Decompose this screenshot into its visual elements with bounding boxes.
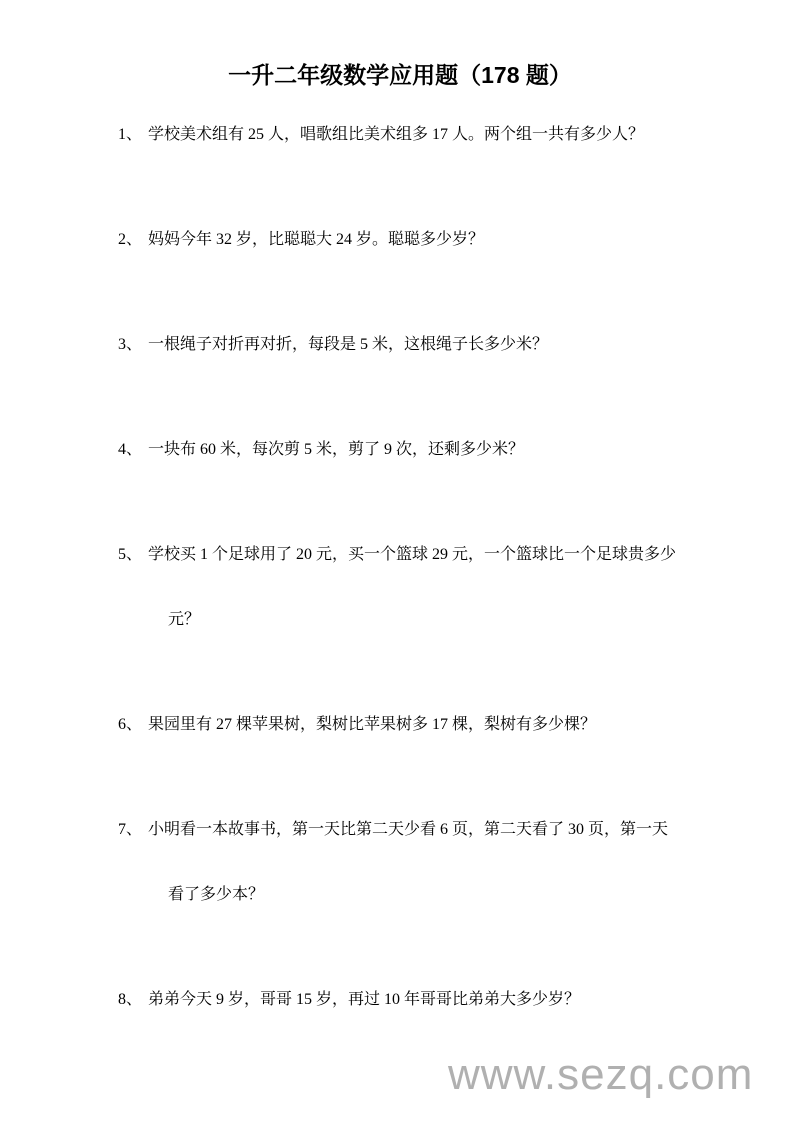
question-text: 果园里有 27 棵苹果树，梨树比苹果树多 17 棵，梨树有多少棵？ [148, 716, 596, 733]
question-text: 一块布 60 米，每次剪 5 米，剪了 9 次，还剩多少米？ [148, 441, 524, 458]
question-line: 4、一块布 60 米，每次剪 5 米，剪了 9 次，还剩多少米？ [0, 438, 800, 462]
question-line: 7、小明看一本故事书，第一天比第二天少看 6 页，第二天看了 30 页，第一天 [0, 818, 800, 842]
question-item: 5、学校买 1 个足球用了 20 元，买一个篮球 29 元，一个篮球比一个足球贵… [0, 543, 800, 632]
question-line: 2、妈妈今年 32 岁，比聪聪大 24 岁。聪聪多少岁？ [0, 228, 800, 252]
question-item: 1、学校美术组有 25 人，唱歌组比美术组多 17 人。两个组一共有多少人？ [0, 123, 800, 147]
question-number: 6、 [118, 713, 148, 737]
question-line: 3、一根绳子对折再对折，每段是 5 米，这根绳子长多少米？ [0, 333, 800, 357]
question-line: 5、学校买 1 个足球用了 20 元，买一个篮球 29 元，一个篮球比一个足球贵… [0, 543, 800, 567]
watermark: www.sezq.com [448, 1051, 753, 1099]
question-item: 3、一根绳子对折再对折，每段是 5 米，这根绳子长多少米？ [0, 333, 800, 357]
question-line: 1、学校美术组有 25 人，唱歌组比美术组多 17 人。两个组一共有多少人？ [0, 123, 800, 147]
question-text: 学校买 1 个足球用了 20 元，买一个篮球 29 元，一个篮球比一个足球贵多少 [148, 546, 676, 563]
question-text: 妈妈今年 32 岁，比聪聪大 24 岁。聪聪多少岁？ [148, 231, 484, 248]
question-item: 4、一块布 60 米，每次剪 5 米，剪了 9 次，还剩多少米？ [0, 438, 800, 462]
question-text: 弟弟今天 9 岁，哥哥 15 岁，再过 10 年哥哥比弟弟大多少岁？ [148, 991, 580, 1008]
question-number: 2、 [118, 228, 148, 252]
question-line: 8、弟弟今天 9 岁，哥哥 15 岁，再过 10 年哥哥比弟弟大多少岁？ [0, 988, 800, 1012]
question-text-continuation: 元？ [0, 608, 800, 632]
question-number: 1、 [118, 123, 148, 147]
question-line: 6、果园里有 27 棵苹果树，梨树比苹果树多 17 棵，梨树有多少棵？ [0, 713, 800, 737]
question-text: 小明看一本故事书，第一天比第二天少看 6 页，第二天看了 30 页，第一天 [148, 821, 668, 838]
question-number: 8、 [118, 988, 148, 1012]
question-number: 5、 [118, 543, 148, 567]
question-list: 1、学校美术组有 25 人，唱歌组比美术组多 17 人。两个组一共有多少人？2、… [0, 123, 800, 1012]
question-text: 学校美术组有 25 人，唱歌组比美术组多 17 人。两个组一共有多少人？ [148, 126, 644, 143]
question-number: 7、 [118, 818, 148, 842]
question-item: 2、妈妈今年 32 岁，比聪聪大 24 岁。聪聪多少岁？ [0, 228, 800, 252]
question-item: 6、果园里有 27 棵苹果树，梨树比苹果树多 17 棵，梨树有多少棵？ [0, 713, 800, 737]
question-text-continuation: 看了多少本？ [0, 883, 800, 907]
question-number: 3、 [118, 333, 148, 357]
question-item: 7、小明看一本故事书，第一天比第二天少看 6 页，第二天看了 30 页，第一天看… [0, 818, 800, 907]
page-title: 一升二年级数学应用题（178 题） [0, 0, 800, 90]
question-number: 4、 [118, 438, 148, 462]
question-text: 一根绳子对折再对折，每段是 5 米，这根绳子长多少米？ [148, 336, 548, 353]
question-item: 8、弟弟今天 9 岁，哥哥 15 岁，再过 10 年哥哥比弟弟大多少岁？ [0, 988, 800, 1012]
